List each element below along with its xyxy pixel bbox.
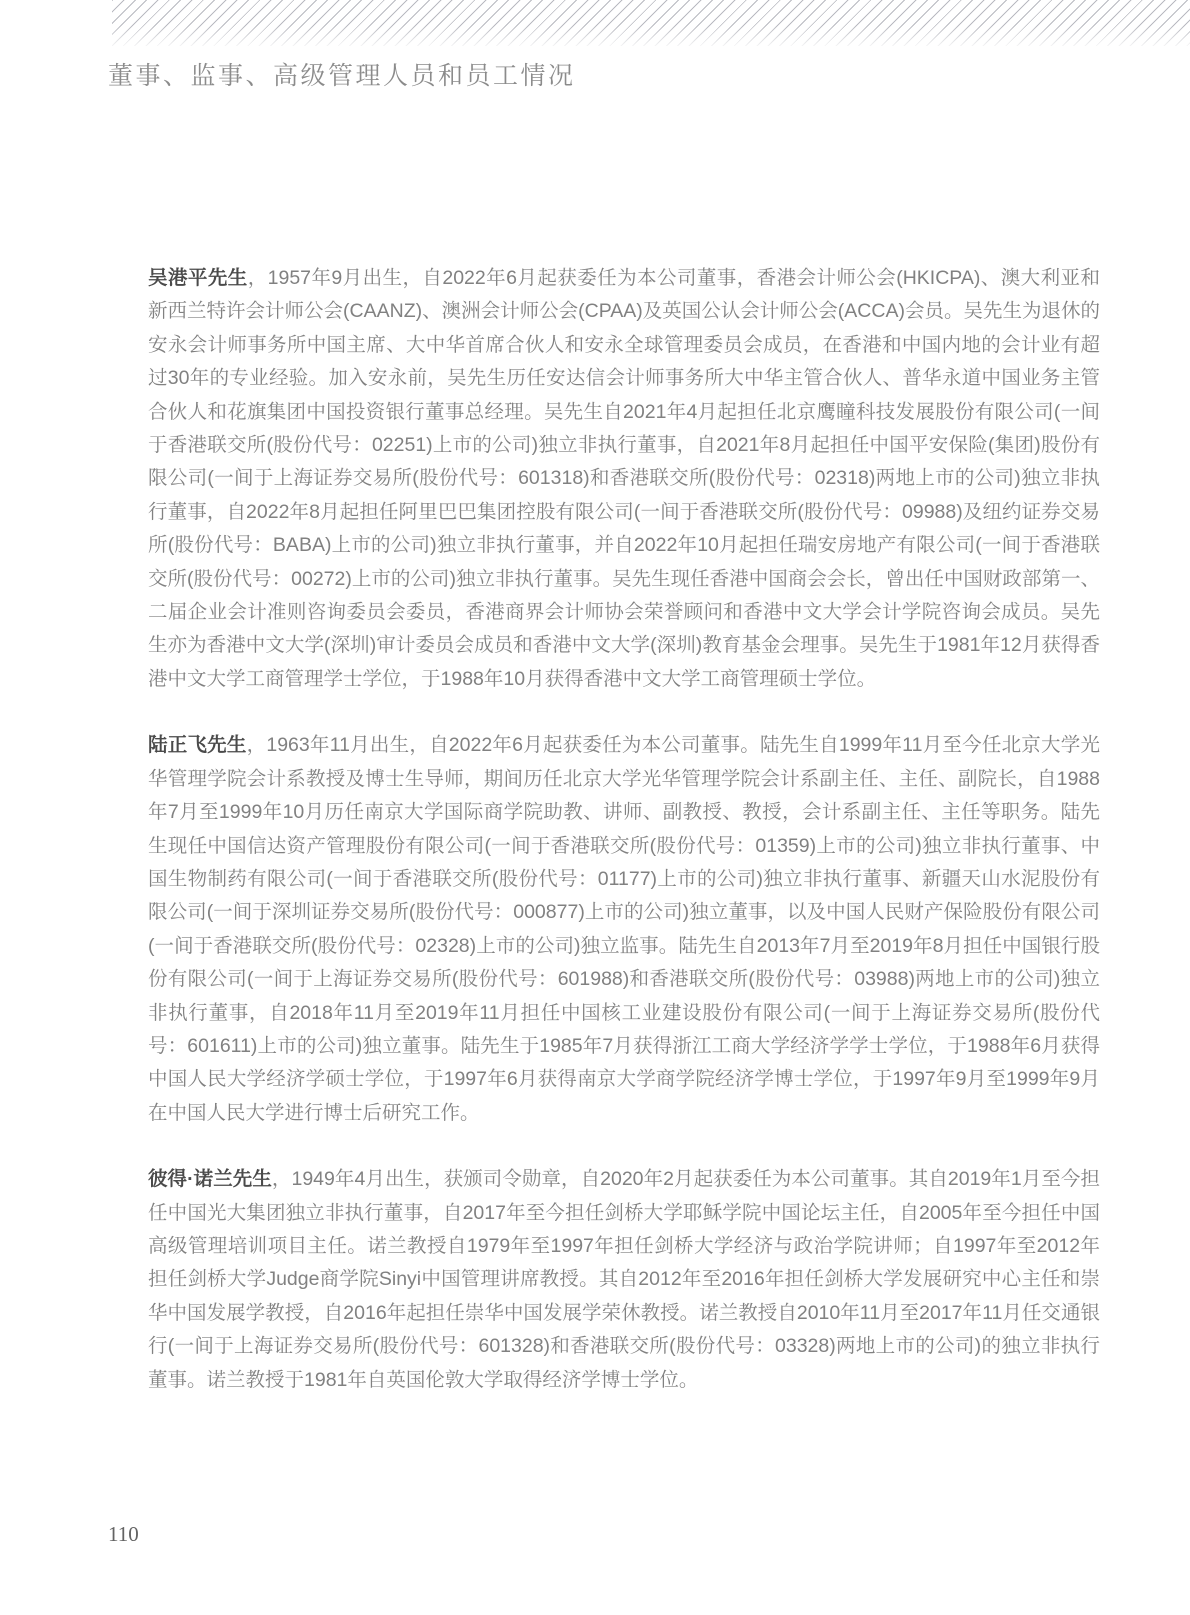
bio-text-wu: ，1957年9月出生，自2022年6月起获委任为本公司董事，香港会计师公会(HK… <box>148 267 1100 690</box>
page-number: 110 <box>108 1522 139 1547</box>
bio-paragraph-wu: 吴港平先生，1957年9月出生，自2022年6月起获委任为本公司董事，香港会计师… <box>148 262 1100 696</box>
decorative-hatch-band <box>112 0 1190 46</box>
bio-paragraph-lu: 陆正飞先生，1963年11月出生，自2022年6月起获委任为本公司董事。陆先生自… <box>148 729 1100 1130</box>
bio-section: 吴港平先生，1957年9月出生，自2022年6月起获委任为本公司董事，香港会计师… <box>148 262 1100 1397</box>
bio-text-lu: ，1963年11月出生，自2022年6月起获委任为本公司董事。陆先生自1999年… <box>148 734 1100 1123</box>
bio-text-nolan: ，1949年4月出生，获颁司令勋章，自2020年2月起获委任为本公司董事。其自2… <box>148 1168 1100 1390</box>
page-title: 董事、监事、高级管理人员和员工情况 <box>108 56 576 92</box>
director-name-wu: 吴港平先生 <box>148 267 248 289</box>
director-name-lu: 陆正飞先生 <box>148 734 247 756</box>
bio-paragraph-nolan: 彼得·诺兰先生，1949年4月出生，获颁司令勋章，自2020年2月起获委任为本公… <box>148 1163 1100 1397</box>
director-name-nolan: 彼得·诺兰先生 <box>148 1168 272 1190</box>
